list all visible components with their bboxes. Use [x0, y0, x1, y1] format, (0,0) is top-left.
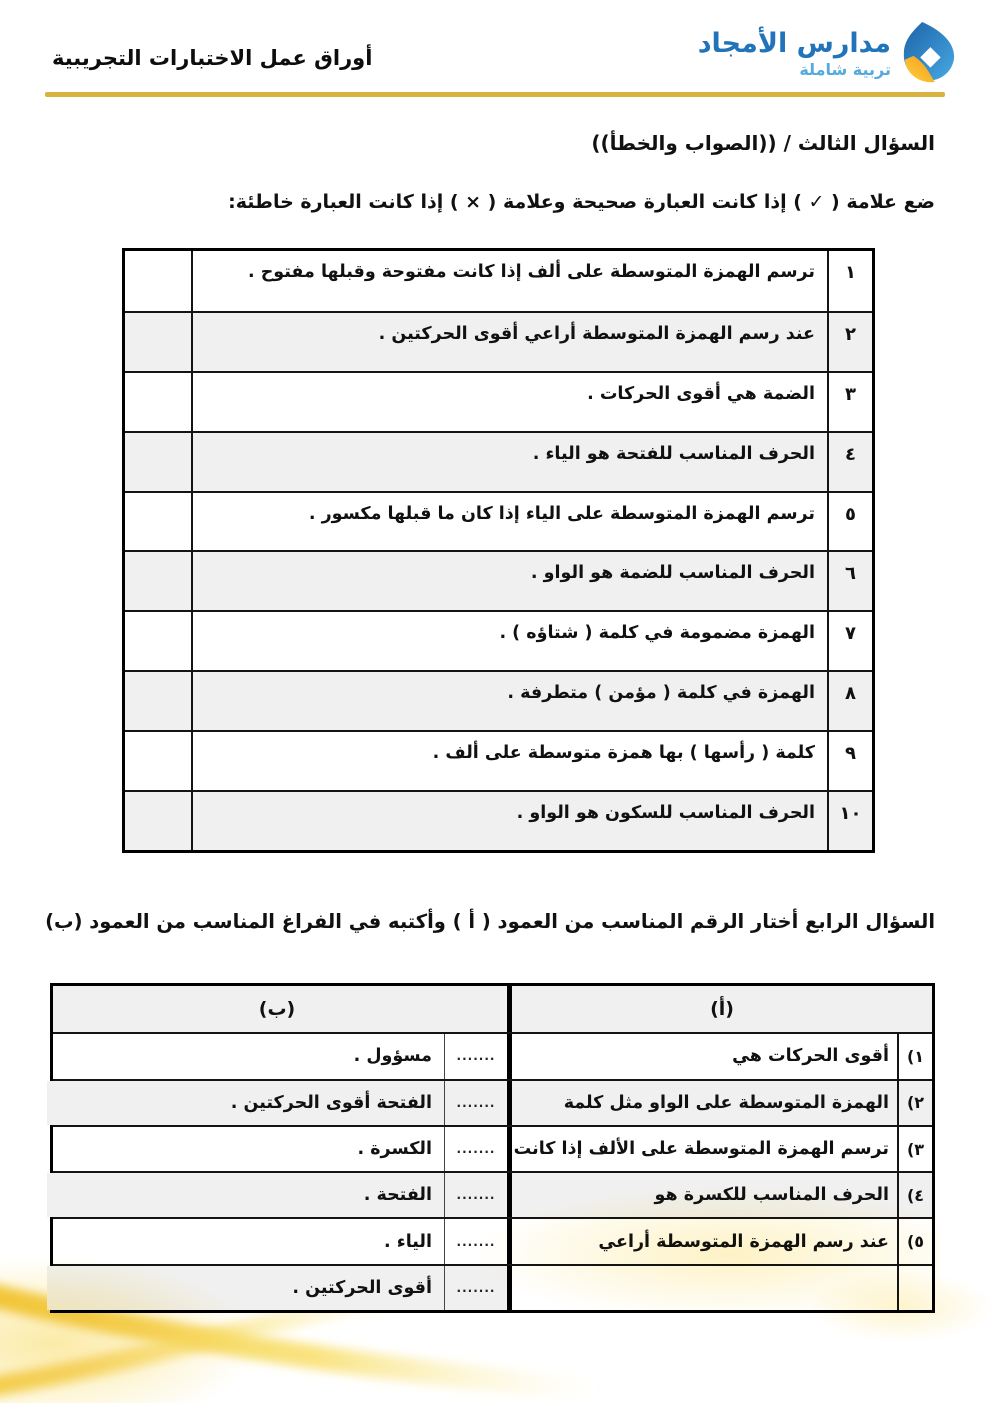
match-row: ٥) عند رسم الهمزة المتوسطة أراعي .......…	[53, 1217, 932, 1263]
tf-answer-cell[interactable]	[125, 732, 191, 790]
tf-answer-cell[interactable]	[125, 251, 191, 311]
match-a-number: ٢)	[897, 1081, 932, 1125]
match-a-number: ٥)	[897, 1219, 932, 1263]
match-b-statement: الفتحة .	[47, 1173, 444, 1217]
tf-number: ١٠	[827, 792, 872, 850]
tf-number: ٧	[827, 612, 872, 670]
tf-row: ٧ الهمزة مضمومة في كلمة ( شتاؤه ) .	[125, 610, 872, 670]
tf-number: ٢	[827, 313, 872, 371]
match-a-statement: الهمزة المتوسطة على الواو مثل كلمة	[512, 1081, 897, 1125]
tf-row: ٣ الضمة هي أقوى الحركات .	[125, 371, 872, 431]
match-b-statement: الياء .	[47, 1219, 444, 1263]
logo-name: مدارس الأمجاد	[698, 29, 891, 59]
match-b-blank[interactable]: .......	[444, 1127, 512, 1171]
match-table: (أ) (ب) ١) أقوى الحركات هي ....... مسؤول…	[50, 983, 935, 1313]
tf-number: ٥	[827, 493, 872, 551]
match-header: (أ) (ب)	[53, 986, 932, 1032]
school-logo-icon	[900, 20, 958, 88]
worksheet-title: أوراق عمل الاختبارات التجريبية	[52, 46, 372, 70]
match-a-statement: ترسم الهمزة المتوسطة على الألف إذا كانت	[512, 1127, 897, 1171]
match-a-statement: الحرف المناسب للكسرة هو	[512, 1173, 897, 1217]
match-b-blank[interactable]: .......	[444, 1266, 512, 1310]
match-b-statement: الكسرة .	[47, 1127, 444, 1171]
tf-answer-cell[interactable]	[125, 792, 191, 850]
match-b-blank[interactable]: .......	[444, 1219, 512, 1263]
tf-statement: الحرف المناسب للفتحة هو الياء .	[191, 433, 827, 491]
tf-number: ١	[827, 251, 872, 311]
tf-statement: الهمزة مضمومة في كلمة ( شتاؤه ) .	[191, 612, 827, 670]
match-a-number: ١)	[897, 1034, 932, 1078]
match-row: ٤) الحرف المناسب للكسرة هو ....... الفتح…	[53, 1171, 932, 1217]
tf-answer-cell[interactable]	[125, 313, 191, 371]
match-a-number	[897, 1266, 932, 1310]
tf-answer-cell[interactable]	[125, 493, 191, 551]
tf-row: ٩ كلمة ( رأسها ) بها همزة متوسطة على ألف…	[125, 730, 872, 790]
match-b-blank[interactable]: .......	[444, 1034, 512, 1078]
match-a-statement: أقوى الحركات هي	[512, 1034, 897, 1078]
tf-number: ٦	[827, 552, 872, 610]
match-b-blank[interactable]: .......	[444, 1081, 512, 1125]
page: { "header": { "worksheet_title": "أوراق …	[0, 0, 992, 1403]
tf-statement: الحرف المناسب للضمة هو الواو .	[191, 552, 827, 610]
q3-title: السؤال الثالث / ((الصواب والخطأ))	[591, 131, 935, 155]
match-table-body: ١) أقوى الحركات هي ....... مسؤول . ٢) ال…	[53, 1032, 932, 1310]
tf-answer-cell[interactable]	[125, 552, 191, 610]
col-a-header: (أ)	[512, 986, 932, 1032]
match-a-number: ٣)	[897, 1127, 932, 1171]
tf-number: ٤	[827, 433, 872, 491]
match-row: ٢) الهمزة المتوسطة على الواو مثل كلمة ..…	[53, 1079, 932, 1125]
tf-table-body: ١ ترسم الهمزة المتوسطة على ألف إذا كانت …	[125, 251, 872, 850]
tf-row: ٤ الحرف المناسب للفتحة هو الياء .	[125, 431, 872, 491]
tf-number: ٣	[827, 373, 872, 431]
school-logo: مدارس الأمجاد تربية شاملة	[698, 20, 958, 88]
tf-statement: الحرف المناسب للسكون هو الواو .	[191, 792, 827, 850]
q3-instructions: ضع علامة ( ✓ ) إذا كانت العبارة صحيحة وع…	[228, 191, 935, 213]
col-b-header: (ب)	[47, 986, 512, 1032]
tf-statement: ترسم الهمزة المتوسطة على ألف إذا كانت مف…	[191, 251, 827, 311]
tf-statement: الضمة هي أقوى الحركات .	[191, 373, 827, 431]
match-a-number: ٤)	[897, 1173, 932, 1217]
match-a-statement	[512, 1266, 897, 1310]
tf-statement: ترسم الهمزة المتوسطة على الياء إذا كان م…	[191, 493, 827, 551]
tf-row: ٦ الحرف المناسب للضمة هو الواو .	[125, 550, 872, 610]
tf-statement: كلمة ( رأسها ) بها همزة متوسطة على ألف .	[191, 732, 827, 790]
match-b-statement: مسؤول .	[47, 1034, 444, 1078]
tf-answer-cell[interactable]	[125, 373, 191, 431]
match-row: ٣) ترسم الهمزة المتوسطة على الألف إذا كا…	[53, 1125, 932, 1171]
tf-row: ١ ترسم الهمزة المتوسطة على ألف إذا كانت …	[125, 251, 872, 311]
tf-statement: عند رسم الهمزة المتوسطة أراعي أقوى الحرك…	[191, 313, 827, 371]
match-b-statement: الفتحة أقوى الحركتين .	[47, 1081, 444, 1125]
match-a-statement: عند رسم الهمزة المتوسطة أراعي	[512, 1219, 897, 1263]
tf-answer-cell[interactable]	[125, 612, 191, 670]
tf-row: ٥ ترسم الهمزة المتوسطة على الياء إذا كان…	[125, 491, 872, 551]
tf-table: ١ ترسم الهمزة المتوسطة على ألف إذا كانت …	[122, 248, 875, 853]
tf-answer-cell[interactable]	[125, 433, 191, 491]
tf-answer-cell[interactable]	[125, 672, 191, 730]
tf-row: ٢ عند رسم الهمزة المتوسطة أراعي أقوى الح…	[125, 311, 872, 371]
tf-statement: الهمزة في كلمة ( مؤمن ) متطرفة .	[191, 672, 827, 730]
match-row: ....... أقوى الحركتين .	[53, 1264, 932, 1310]
logo-tagline: تربية شاملة	[698, 60, 891, 79]
match-b-blank[interactable]: .......	[444, 1173, 512, 1217]
header-divider	[45, 92, 945, 97]
tf-number: ٩	[827, 732, 872, 790]
tf-row: ١٠ الحرف المناسب للسكون هو الواو .	[125, 790, 872, 850]
tf-row: ٨ الهمزة في كلمة ( مؤمن ) متطرفة .	[125, 670, 872, 730]
q4-title: السؤال الرابع أختار الرقم المناسب من الع…	[45, 910, 935, 933]
match-row: ١) أقوى الحركات هي ....... مسؤول .	[53, 1032, 932, 1078]
tf-number: ٨	[827, 672, 872, 730]
match-b-statement: أقوى الحركتين .	[47, 1266, 444, 1310]
